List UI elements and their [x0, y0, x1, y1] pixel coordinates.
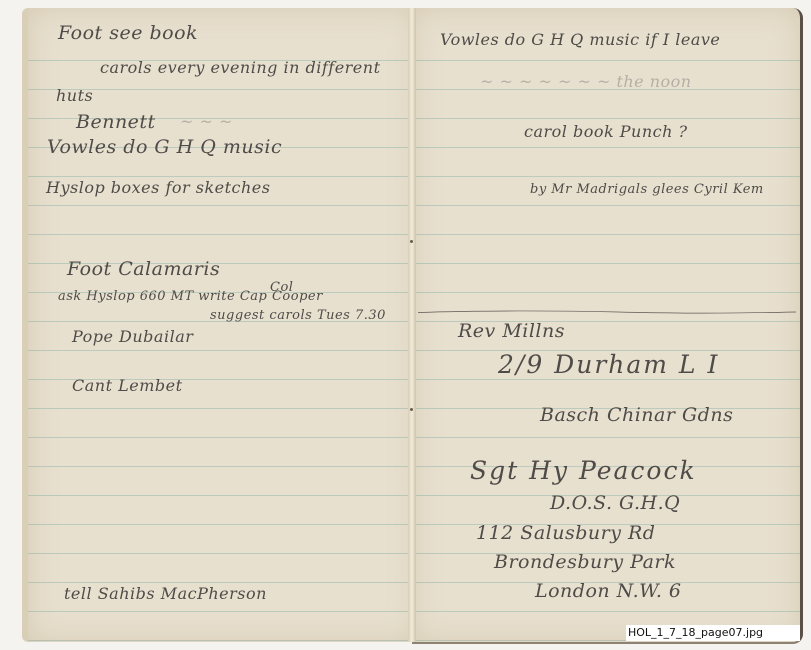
- handwritten-line: carols every evening in different: [100, 58, 381, 77]
- handwritten-line: huts: [56, 86, 93, 105]
- handwritten-line: Sgt Hy Peacock: [470, 456, 697, 485]
- handwritten-line: Hyslop boxes for sketches: [46, 178, 270, 197]
- binding-stitch: [410, 240, 413, 243]
- divider-line: [418, 310, 796, 314]
- handwritten-line: suggest carols Tues 7.30: [210, 308, 386, 323]
- handwritten-line: Brondesbury Park: [494, 551, 676, 573]
- handwritten-line: Pope Dubailar: [72, 327, 193, 346]
- handwritten-line: Bennett: [76, 111, 156, 133]
- handwritten-line: 2/9 Durham L I: [498, 350, 719, 379]
- notebook-spine: [408, 8, 416, 642]
- binding-stitch: [410, 408, 413, 411]
- handwritten-line: Vowles do G H Q music: [47, 136, 282, 158]
- handwritten-line: by Mr Madrigals glees Cyril Kem: [530, 182, 764, 197]
- handwritten-line: D.O.S. G.H.Q: [550, 492, 680, 514]
- handwritten-line: London N.W. 6: [535, 580, 682, 602]
- handwritten-line: tell Sahibs MacPherson: [64, 584, 267, 603]
- handwritten-line: Foot Calamaris: [67, 258, 220, 280]
- handwritten-line: Foot see book: [58, 22, 198, 44]
- faint-erased-text: ~ ~ ~ ~ ~ ~ ~ the noon: [480, 72, 692, 91]
- handwritten-line: carol book Punch ?: [524, 122, 688, 141]
- handwritten-line: ask Hyslop 660 MT write Cap Cooper: [58, 289, 323, 304]
- faint-erased-text: ~ ~ ~: [180, 112, 233, 131]
- notebook-spread: Foot see bookcarols every evening in dif…: [0, 0, 811, 650]
- handwritten-line: Basch Chinar Gdns: [540, 404, 733, 426]
- handwritten-line: 112 Salusbury Rd: [476, 522, 655, 544]
- handwritten-line: Rev Millns: [458, 320, 565, 342]
- handwritten-line: Cant Lembet: [72, 376, 183, 395]
- filename-caption: HOL_1_7_18_page07.jpg: [626, 625, 800, 641]
- handwritten-line: Vowles do G H Q music if I leave: [440, 30, 720, 49]
